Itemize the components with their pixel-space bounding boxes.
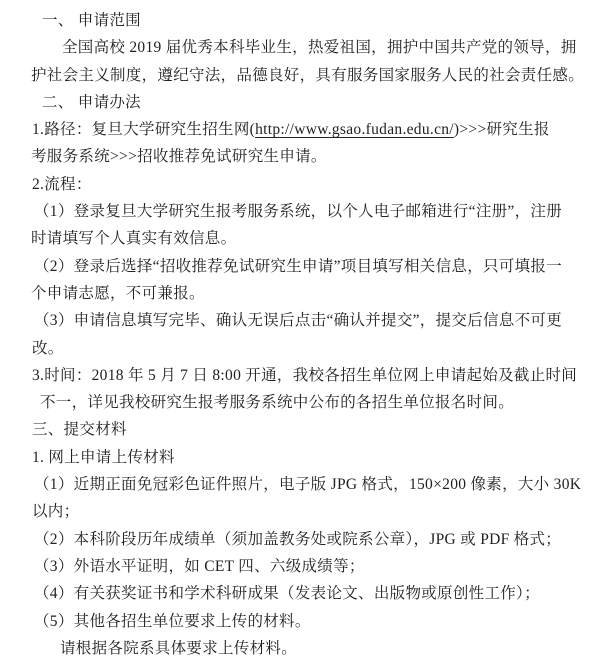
text-run: 一、 申请范围: [42, 12, 141, 29]
para-scope-line-1: 全国高校 2019 届优秀本科毕业生，热爱祖国，拥护中国共产党的领导，拥: [31, 34, 589, 61]
text-run: 时请填写个人真实有效信息。: [31, 230, 236, 247]
para-scope-line-2: 护社会主义制度，遵纪守法，品德良好，具有服务国家服务人民的社会责任感。: [31, 62, 589, 89]
item-path-line-2: 考服务系统>>>招收推荐免试研究生申请。: [31, 143, 589, 170]
text-run: 个申请志愿，不可兼报。: [31, 285, 205, 302]
text-run: 三、提交材料: [32, 421, 127, 438]
heading-section-1: 一、 申请范围: [31, 7, 589, 34]
item-time-line-2: 不一，详见我校研究生报考服务系统中公布的各招生单位报名时间。: [31, 389, 589, 416]
text-run: 1.路径：复旦大学研究生招生网(: [32, 121, 255, 138]
heading-section-2: 二、 申请办法: [31, 89, 589, 116]
text-run: 护社会主义制度，遵纪守法，品德良好，具有服务国家服务人民的社会责任感。: [31, 67, 584, 84]
text-run: )>>>研究生报: [454, 121, 550, 138]
text-run: 1. 网上申请上传材料: [32, 449, 175, 466]
text-run: （2）本科阶段历年成绩单（须加盖教务处或院系公章），JPG 或 PDF 格式；: [34, 531, 561, 548]
material-5: （5）其他各招生单位要求上传的材料。: [31, 608, 589, 635]
document-page: 一、 申请范围全国高校 2019 届优秀本科毕业生，热爱祖国，拥护中国共产党的领…: [0, 0, 604, 658]
note-upload-per-department: 请根据各院系具体要求上传材料。: [31, 635, 589, 658]
text-run: （1）登录复旦大学研究生报考服务系统，以个人电子邮箱进行“注册”，注册: [34, 203, 562, 220]
item-path-line-1: 1.路径：复旦大学研究生招生网(http://www.gsao.fudan.ed…: [31, 116, 589, 143]
material-4: （4）有关获奖证书和学术科研成果（发表论文、出版物或原创性工作）；: [31, 580, 589, 607]
text-run: 二、 申请办法: [42, 94, 141, 111]
process-step-2-line-1: （2）登录后选择“招收推荐免试研究生申请”项目填写相关信息，只可填报一: [31, 253, 589, 280]
process-step-3-line-1: （3）申请信息填写完毕、确认无误后点击“确认并提交”，提交后信息不可更: [31, 307, 589, 334]
document-body: 一、 申请范围全国高校 2019 届优秀本科毕业生，热爱祖国，拥护中国共产党的领…: [31, 7, 589, 658]
material-2: （2）本科阶段历年成绩单（须加盖教务处或院系公章），JPG 或 PDF 格式；: [31, 526, 589, 553]
material-1-line-1: （1）近期正面免冠彩色证件照片，电子版 JPG 格式，150×200 像素，大小…: [31, 471, 589, 498]
text-run: （1）近期正面免冠彩色证件照片，电子版 JPG 格式，150×200 像素，大小…: [34, 476, 581, 493]
text-run: 不一，详见我校研究生报考服务系统中公布的各招生单位报名时间。: [40, 394, 514, 411]
process-step-1-line-2: 时请填写个人真实有效信息。: [31, 225, 589, 252]
text-run: 改。: [32, 340, 64, 357]
text-run: 2.流程：: [32, 176, 92, 193]
text-run: （3）外语水平证明，如 CET 四、六级成绩等；: [34, 558, 365, 575]
text-run: 全国高校 2019 届优秀本科毕业生，热爱祖国，拥护中国共产党的领导，拥: [62, 39, 577, 56]
material-1-line-2: 以内；: [31, 498, 589, 525]
text-run: 考服务系统>>>招收推荐免试研究生申请。: [31, 148, 327, 165]
text-run: 以内；: [32, 503, 79, 520]
heading-section-3: 三、提交材料: [31, 416, 589, 443]
text-run: （5）其他各招生单位要求上传的材料。: [34, 613, 311, 630]
item-time-line-1: 3.时间：2018 年 5 月 7 日 8:00 开通，我校各招生单位网上申请起…: [31, 362, 589, 389]
material-3: （3）外语水平证明，如 CET 四、六级成绩等；: [31, 553, 589, 580]
text-run: 请根据各院系具体要求上传材料。: [60, 640, 297, 657]
text-run: （4）有关获奖证书和学术科研成果（发表论文、出版物或原创性工作）；: [34, 585, 540, 602]
text-run: （2）登录后选择“招收推荐免试研究生申请”项目填写相关信息，只可填报一: [34, 258, 562, 275]
process-step-3-line-2: 改。: [31, 335, 589, 362]
process-step-2-line-2: 个申请志愿，不可兼报。: [31, 280, 589, 307]
item-process-label: 2.流程：: [31, 171, 589, 198]
process-step-1-line-1: （1）登录复旦大学研究生报考服务系统，以个人电子邮箱进行“注册”，注册: [31, 198, 589, 225]
text-run: （3）申请信息填写完毕、确认无误后点击“确认并提交”，提交后信息不可更: [34, 312, 562, 329]
text-run: 3.时间：2018 年 5 月 7 日 8:00 开通，我校各招生单位网上申请起…: [32, 367, 577, 384]
gsao-url-link[interactable]: http://www.gsao.fudan.edu.cn/: [255, 121, 454, 138]
item-upload-materials: 1. 网上申请上传材料: [31, 444, 589, 471]
